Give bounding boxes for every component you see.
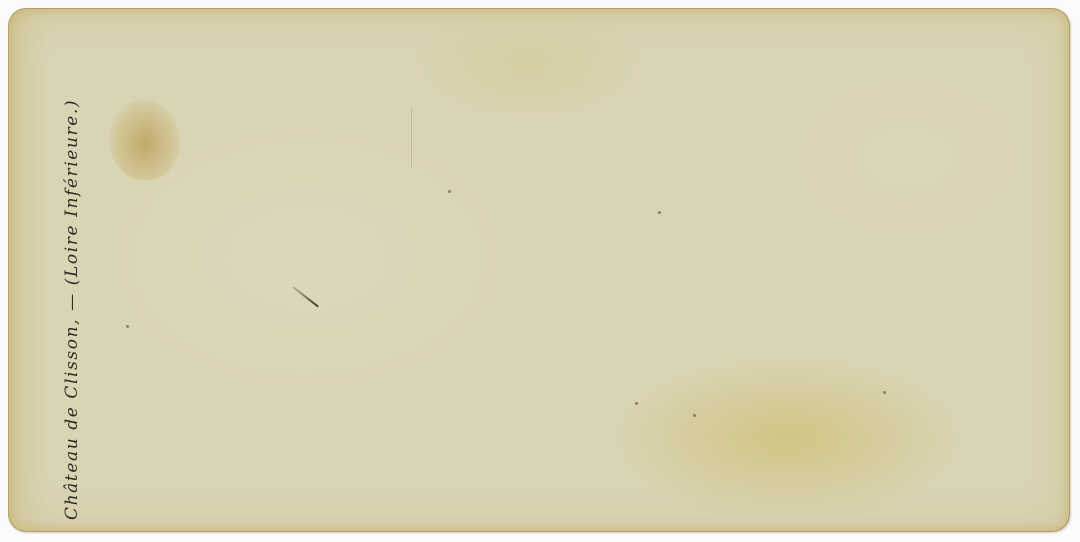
paper-speck bbox=[883, 391, 886, 394]
card-back: Château de Clisson, — (Loire Inférieure.… bbox=[8, 8, 1070, 532]
foxing-stain bbox=[110, 100, 180, 180]
paper-speck bbox=[126, 325, 129, 328]
paper-speck bbox=[448, 190, 451, 193]
handwritten-caption: Château de Clisson, — (Loire Inférieure.… bbox=[62, 99, 82, 520]
paper-texture bbox=[8, 8, 1070, 532]
scan-background: Château de Clisson, — (Loire Inférieure.… bbox=[0, 0, 1080, 542]
paper-speck bbox=[693, 414, 696, 417]
paper-speck bbox=[658, 211, 661, 214]
paper-speck bbox=[635, 402, 638, 405]
paper-crease bbox=[411, 108, 412, 168]
